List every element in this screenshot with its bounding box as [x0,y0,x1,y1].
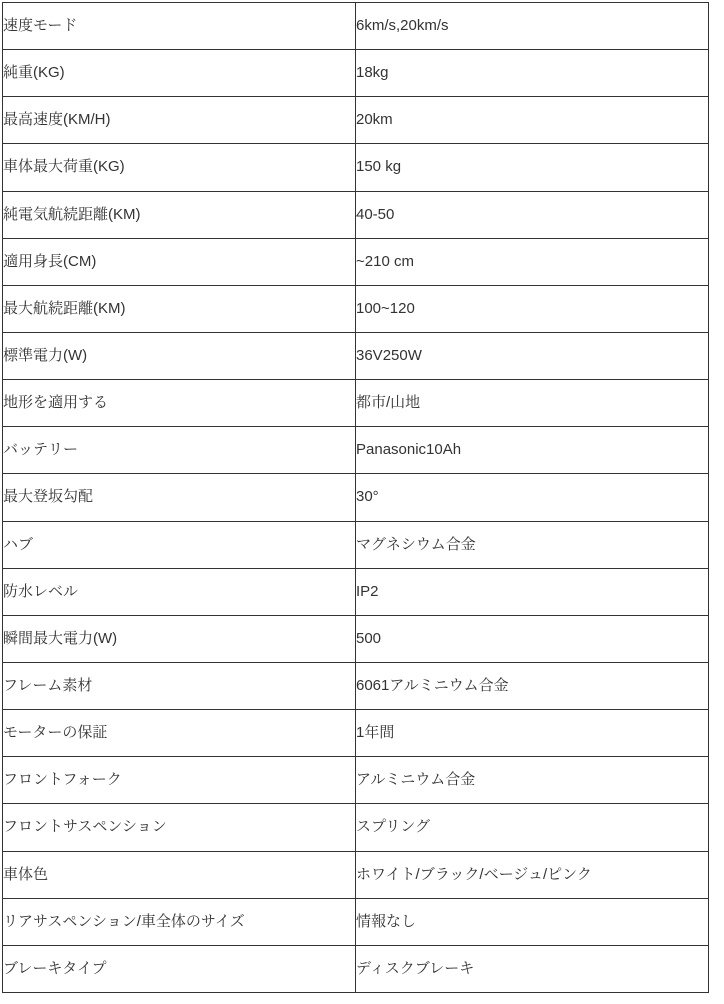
table-row: フロントサスペンションスプリング [3,804,709,851]
spec-value: マグネシウム合金 [356,521,709,568]
product-spec-table: 速度モード6km/s,20km/s純重(KG)18kg最高速度(KM/H)20k… [2,2,709,993]
spec-label: 地形を適用する [3,380,356,427]
spec-value: 36V250W [356,332,709,379]
spec-value: 情報なし [356,898,709,945]
spec-label: 車体色 [3,851,356,898]
table-row: ブレーキタイプディスクブレーキ [3,945,709,992]
spec-label: 瞬間最大電力(W) [3,615,356,662]
spec-value: 40-50 [356,191,709,238]
spec-label: リアサスペンション/車全体のサイズ [3,898,356,945]
table-row: 適用身長(CM)~210 cm [3,238,709,285]
spec-value: Panasonic10Ah [356,427,709,474]
spec-value: 1年間 [356,710,709,757]
spec-value: ホワイト/ブラック/ベージュ/ピンク [356,851,709,898]
spec-value: 500 [356,615,709,662]
spec-label: 純電気航続距離(KM) [3,191,356,238]
spec-value: 都市/山地 [356,380,709,427]
spec-label: 純重(KG) [3,50,356,97]
spec-value: アルミニウム合金 [356,757,709,804]
table-row: リアサスペンション/車全体のサイズ情報なし [3,898,709,945]
table-row: 車体最大荷重(KG)150 kg [3,144,709,191]
table-row: 速度モード6km/s,20km/s [3,3,709,50]
spec-value: 100~120 [356,285,709,332]
spec-value: 6061アルミニウム合金 [356,662,709,709]
spec-label: フレーム素材 [3,662,356,709]
table-row: バッテリーPanasonic10Ah [3,427,709,474]
spec-value: 18kg [356,50,709,97]
spec-value: IP2 [356,568,709,615]
spec-value: スプリング [356,804,709,851]
spec-label: 防水レベル [3,568,356,615]
table-row: フロントフォークアルミニウム合金 [3,757,709,804]
spec-label: 最高速度(KM/H) [3,97,356,144]
spec-label: 車体最大荷重(KG) [3,144,356,191]
table-row: モーターの保証1年間 [3,710,709,757]
spec-value: 20km [356,97,709,144]
spec-value: ~210 cm [356,238,709,285]
table-row: ハブマグネシウム合金 [3,521,709,568]
table-row: 車体色ホワイト/ブラック/ベージュ/ピンク [3,851,709,898]
spec-value: 30° [356,474,709,521]
spec-label: 速度モード [3,3,356,50]
spec-label: 最大登坂勾配 [3,474,356,521]
spec-label: 標準電力(W) [3,332,356,379]
spec-label: フロントフォーク [3,757,356,804]
table-row: 地形を適用する都市/山地 [3,380,709,427]
spec-value: 150 kg [356,144,709,191]
table-row: 最大登坂勾配30° [3,474,709,521]
table-row: フレーム素材6061アルミニウム合金 [3,662,709,709]
spec-value: 6km/s,20km/s [356,3,709,50]
table-row: 標準電力(W)36V250W [3,332,709,379]
spec-label: ハブ [3,521,356,568]
product-spec-page: 速度モード6km/s,20km/s純重(KG)18kg最高速度(KM/H)20k… [0,0,724,1004]
spec-table-body: 速度モード6km/s,20km/s純重(KG)18kg最高速度(KM/H)20k… [3,3,709,993]
table-row: 最大航続距離(KM)100~120 [3,285,709,332]
table-row: 最高速度(KM/H)20km [3,97,709,144]
spec-label: ブレーキタイプ [3,945,356,992]
spec-label: モーターの保証 [3,710,356,757]
table-row: 純電気航続距離(KM)40-50 [3,191,709,238]
spec-label: フロントサスペンション [3,804,356,851]
spec-label: 適用身長(CM) [3,238,356,285]
spec-label: 最大航続距離(KM) [3,285,356,332]
table-row: 純重(KG)18kg [3,50,709,97]
table-row: 瞬間最大電力(W)500 [3,615,709,662]
spec-value: ディスクブレーキ [356,945,709,992]
table-row: 防水レベルIP2 [3,568,709,615]
spec-label: バッテリー [3,427,356,474]
